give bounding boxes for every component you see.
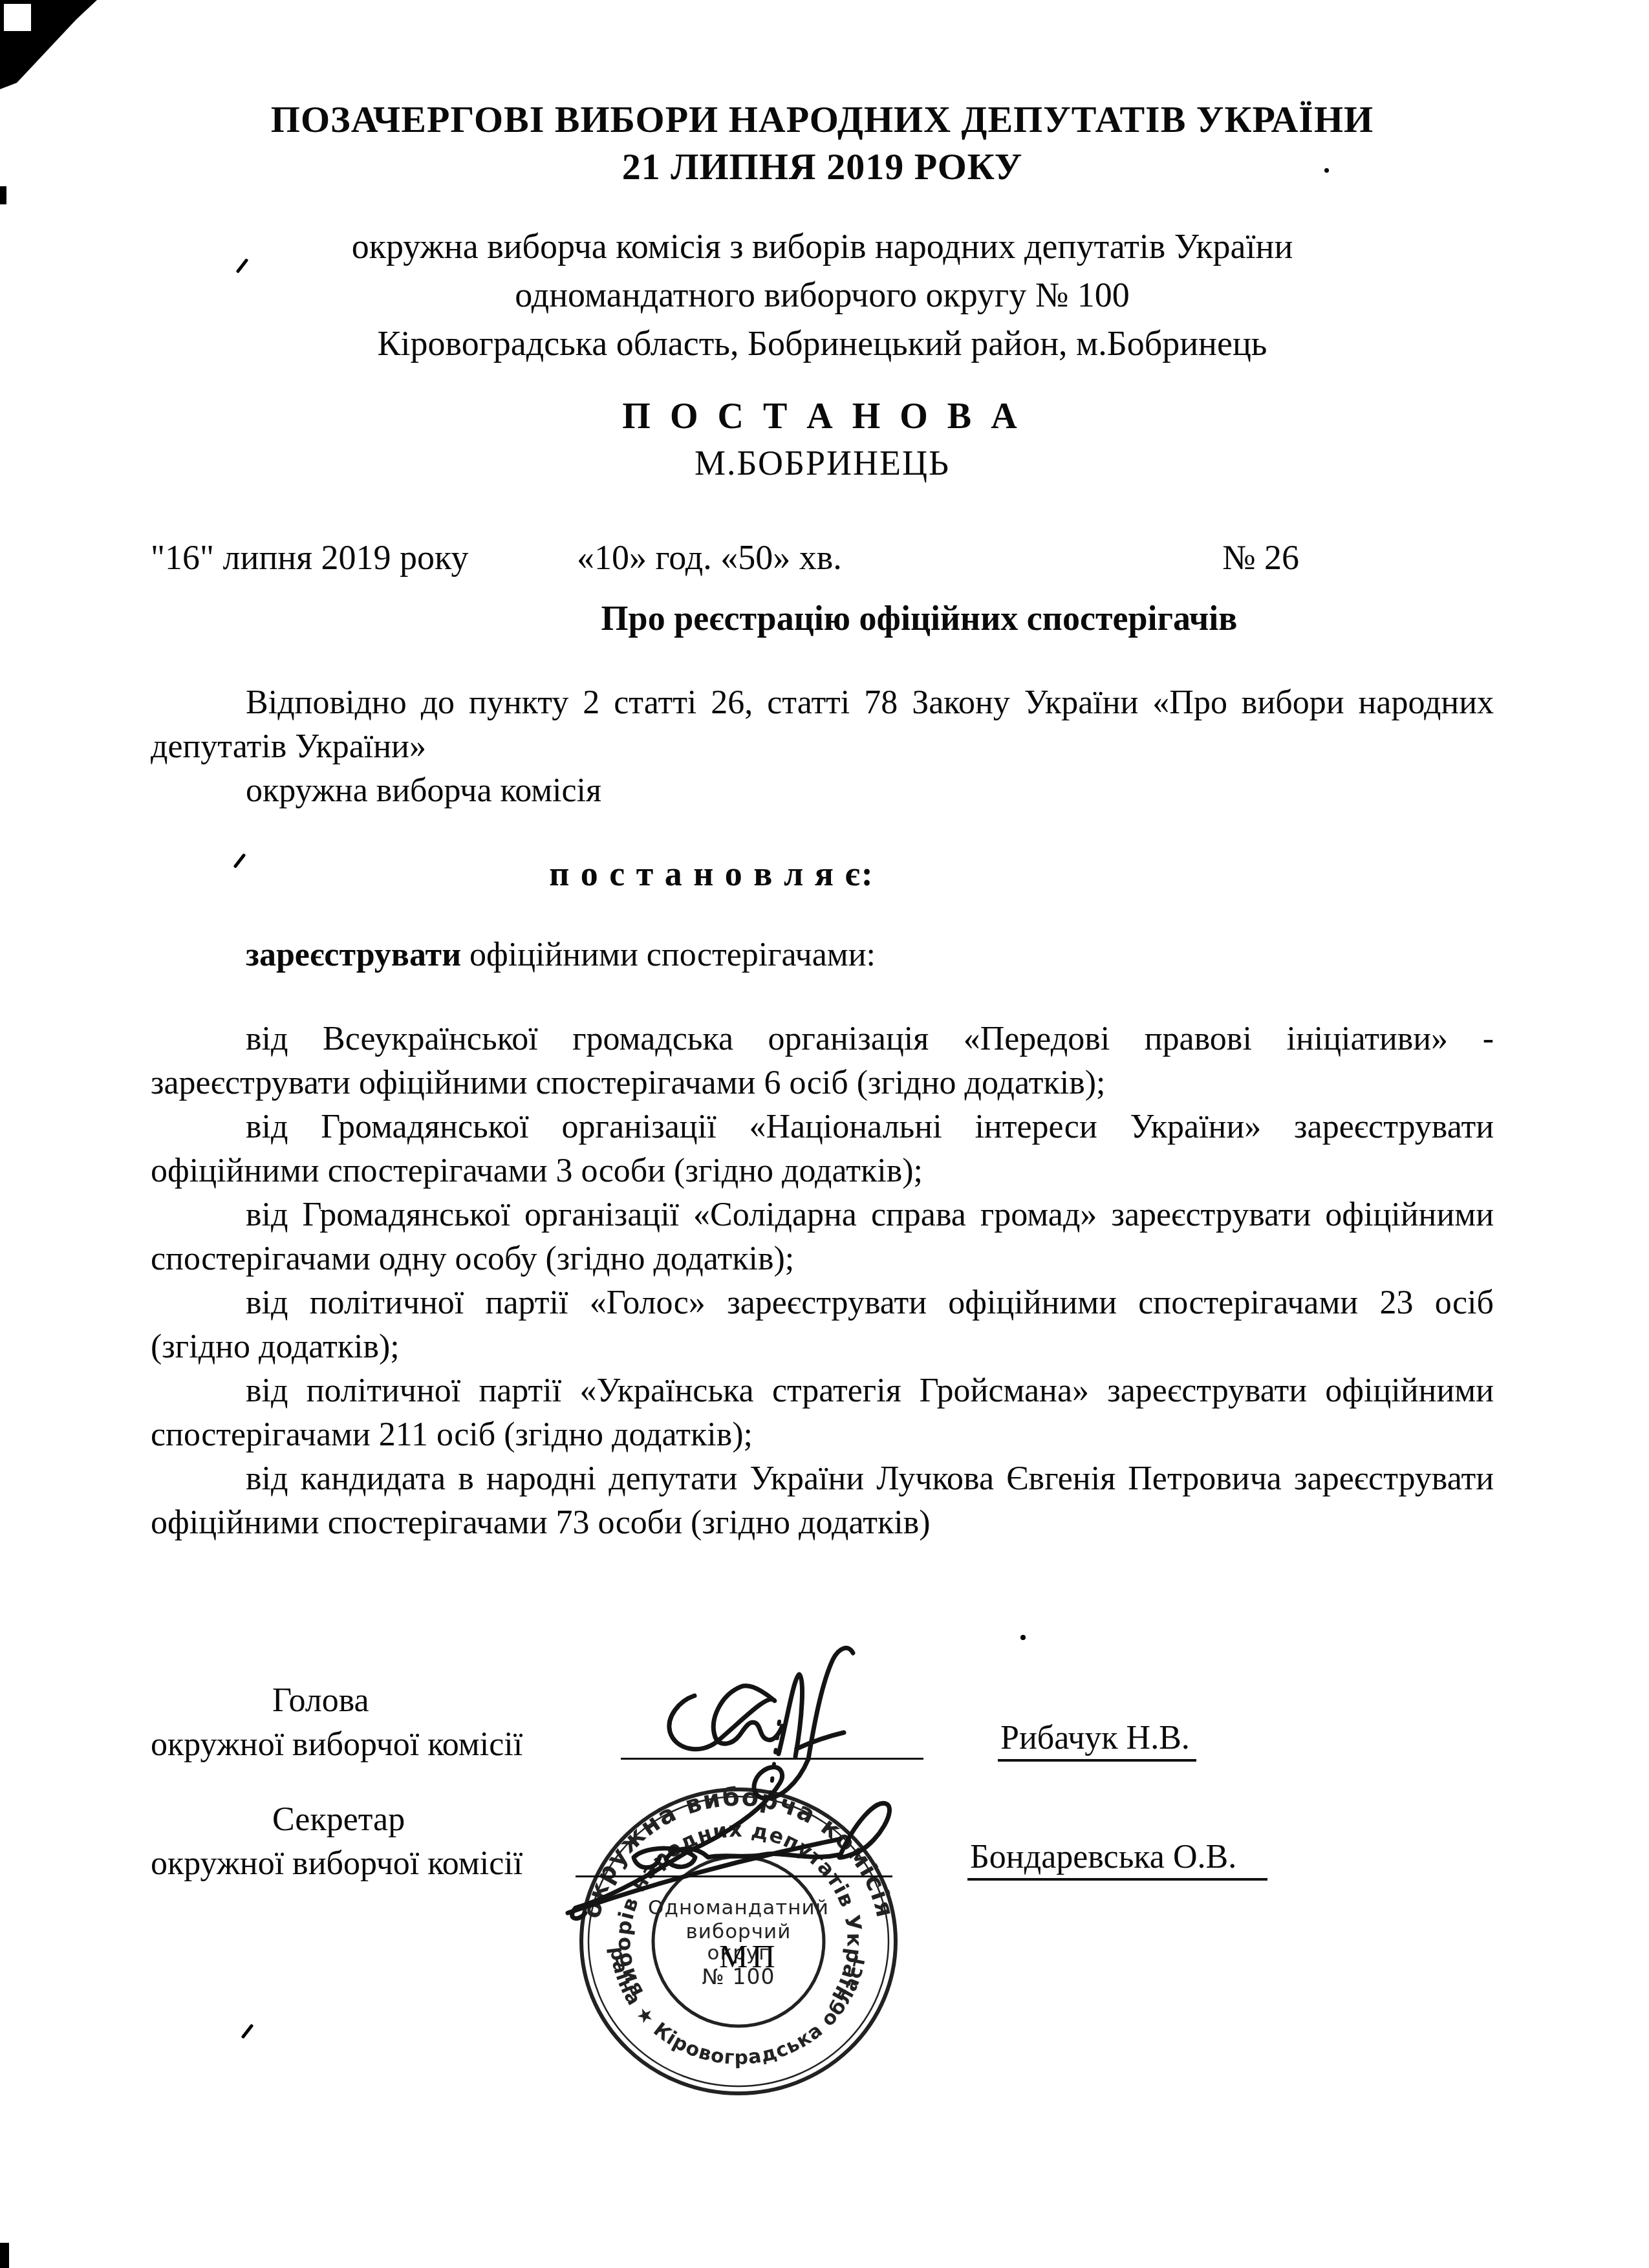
scan-artifact-bottom-edge xyxy=(0,2243,9,2268)
resolution-intro-rest: офіційними спостерігачами: xyxy=(461,936,876,973)
resolution-item: від політичної партії «Голос» зареєструв… xyxy=(151,1281,1494,1369)
document-type-heading: П О С Т А Н О В А xyxy=(151,394,1494,439)
commission-heading: окружна виборча комісія з виборів народн… xyxy=(151,222,1494,319)
scan-artifact-left-edge xyxy=(0,186,6,204)
signature-secretary-stroke xyxy=(839,1803,890,1857)
resolution-intro-bold: зареєструвати xyxy=(246,936,461,973)
document-title: ПОЗАЧЕРГОВІ ВИБОРИ НАРОДНИХ ДЕПУТАТІВ УК… xyxy=(151,96,1494,190)
resolution-intro: зареєструвати офіційними спостерігачами: xyxy=(151,933,1494,977)
signer-role-line-2: окружної виборчої комісії xyxy=(151,1842,523,1886)
document-number: № 26 xyxy=(1222,535,1299,579)
date-number-row: "16" липня 2019 року «10» год. «50» хв. … xyxy=(151,535,1494,579)
title-line-2: 21 ЛИПНЯ 2019 РОКУ xyxy=(151,143,1494,190)
scanned-document-page: ПОЗАЧЕРГОВІ ВИБОРИ НАРОДНИХ ДЕПУТАТІВ УК… xyxy=(0,0,1649,2268)
signer-role-line-2: окружної виборчої комісії xyxy=(151,1723,523,1767)
document-subject: Про реєстрацію офіційних спостерігачів xyxy=(345,596,1494,640)
resolution-item: від Всеукраїнської громадська організаці… xyxy=(151,1017,1494,1105)
stamp-center-line-4: № 100 xyxy=(702,1964,775,1989)
commission-line-1: окружна виборча комісія з виборів народн… xyxy=(151,222,1494,271)
signer-role-secretary: Секретар окружної виборчої комісії xyxy=(151,1798,523,1886)
signature-secretary-stroke xyxy=(568,1839,839,1913)
handwritten-signatures xyxy=(550,1584,951,1947)
commission-line-2: одномандатного виборчого округу № 100 xyxy=(151,271,1494,319)
signer-name-secretary: Бондаревська О.В. xyxy=(967,1841,1267,1881)
document-body: ПОЗАЧЕРГОВІ ВИБОРИ НАРОДНИХ ДЕПУТАТІВ УК… xyxy=(151,0,1494,1545)
pen-tick-mark xyxy=(241,2024,254,2039)
resolves-heading: п о с т а н о в л я є: xyxy=(151,851,1273,896)
preamble-paragraph: Відповідно до пункту 2 статті 26, статті… xyxy=(151,681,1494,769)
resolution-item: від кандидата в народні депутати України… xyxy=(151,1457,1494,1545)
signature-head-stroke xyxy=(779,1674,803,1756)
preamble-commission-line: окружна виборча комісія xyxy=(151,769,1494,813)
signer-name-head: Рибачук Н.В. xyxy=(998,1722,1196,1762)
signature-head-stroke xyxy=(797,1733,844,1749)
scan-dot xyxy=(1020,1635,1026,1640)
resolution-items: від Всеукраїнської громадська організаці… xyxy=(151,1017,1494,1545)
resolution-item: від Громадянської організації «Національ… xyxy=(151,1105,1494,1193)
document-time: «10» год. «50» хв. xyxy=(577,535,842,579)
document-date: "16" липня 2019 року xyxy=(151,535,469,579)
scan-artifact-corner xyxy=(0,0,110,97)
signer-role-line-1: Голова xyxy=(151,1679,523,1723)
signer-role-line-1: Секретар xyxy=(151,1798,523,1842)
signer-role-head: Голова окружної виборчої комісії xyxy=(151,1679,523,1767)
resolution-item: від політичної партії «Українська страте… xyxy=(151,1369,1494,1457)
signature-head-stroke xyxy=(669,1686,782,1749)
resolution-item: від Громадянської організації «Солідарна… xyxy=(151,1193,1494,1281)
title-line-1: ПОЗАЧЕРГОВІ ВИБОРИ НАРОДНИХ ДЕПУТАТІВ УК… xyxy=(151,96,1494,143)
signature-head-descender xyxy=(572,1759,808,1918)
location-line: Кіровоградська область, Бобринецький рай… xyxy=(151,319,1494,368)
document-place: М.БОБРИНЕЦЬ xyxy=(151,440,1494,486)
